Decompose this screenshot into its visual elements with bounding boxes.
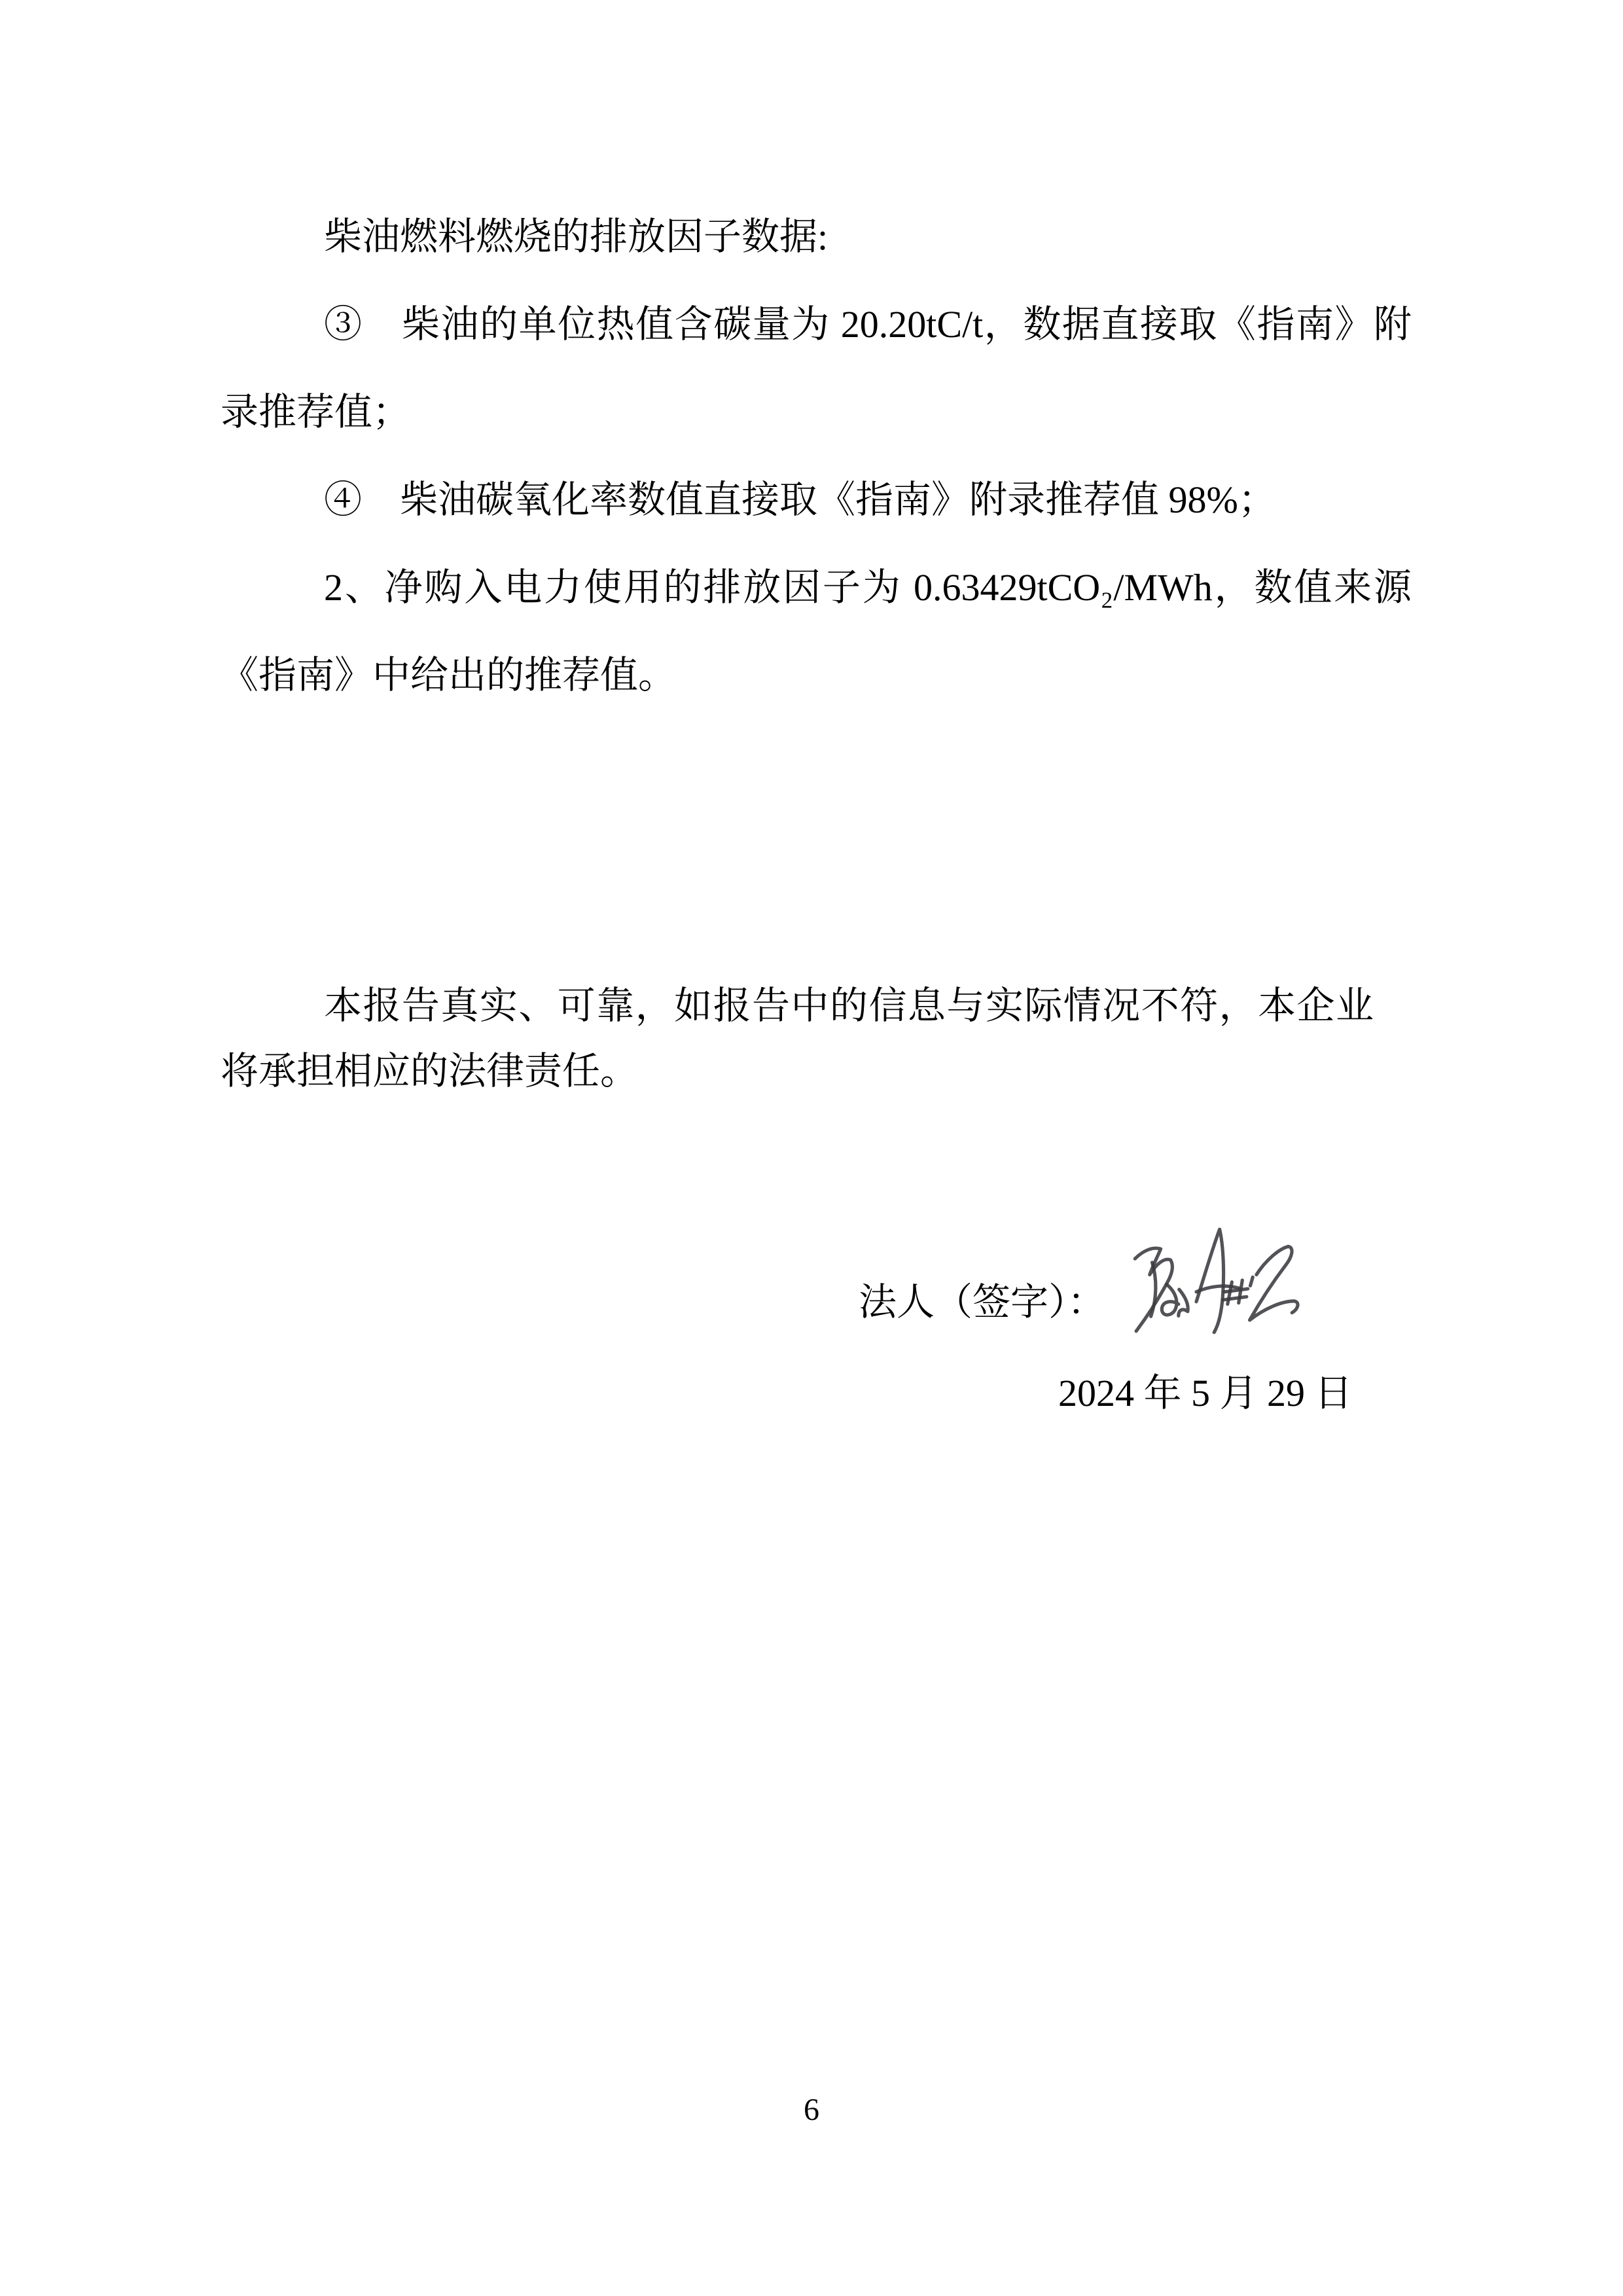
paragraph-item-3: ③ 柴油的单位热值含碳量为 20.20tC/t，数据直接取《指南》附录推荐值； <box>221 281 1412 456</box>
signature-date: 2024 年 5 月 29 日 <box>1058 1371 1353 1415</box>
paragraph-emission-factor-intro: 柴油燃料燃烧的排放因子数据: <box>221 193 1412 281</box>
body-text: 柴油燃料燃烧的排放因子数据: ③ 柴油的单位热值含碳量为 20.20tC/t，数… <box>221 193 1412 719</box>
paragraph-item-4: ④ 柴油碳氧化率数值直接取《指南》附录推荐值 98%； <box>221 456 1412 544</box>
legal-person-signature-label: 法人（签字）： <box>859 1280 1105 1324</box>
page-number: 6 <box>0 2093 1623 2127</box>
paragraph-item-2: 2、净购入电力使用的排放因子为 0.63429tCO₂/MWh，数值来源《指南》… <box>221 544 1412 719</box>
handwritten-signature-image <box>1118 1208 1314 1342</box>
document-page: 柴油燃料燃烧的排放因子数据: ③ 柴油的单位热值含碳量为 20.20tC/t，数… <box>0 0 1623 2296</box>
paragraph-declaration: 本报告真实、可靠，如报告中的信息与实际情况不符，本企业将承担相应的法律责任。 <box>221 973 1374 1104</box>
